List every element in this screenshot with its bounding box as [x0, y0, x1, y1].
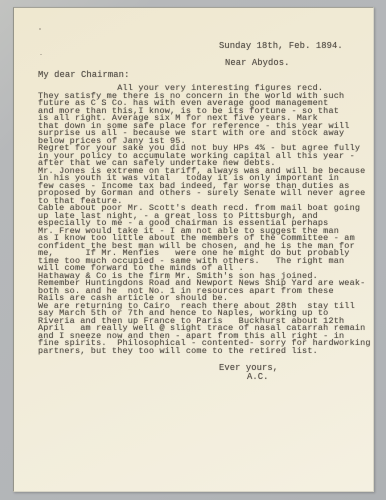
letter-salutation: My dear Chairman: — [38, 70, 129, 80]
letter-line — [38, 355, 368, 363]
letter-date: Sunday 18th, Feb. 1894. — [219, 41, 343, 51]
letter-place: Near Abydos. — [225, 58, 290, 68]
letter-signature-initials: A.C. — [247, 372, 269, 382]
paper-speck — [39, 28, 41, 30]
letter-page: Sunday 18th, Feb. 1894. Near Abydos. My … — [13, 7, 374, 492]
paper-speck — [40, 54, 42, 55]
letter-line: partners, but they too will come to the … — [38, 348, 368, 356]
letter-body: All your very interesting figures recd.T… — [38, 85, 368, 363]
